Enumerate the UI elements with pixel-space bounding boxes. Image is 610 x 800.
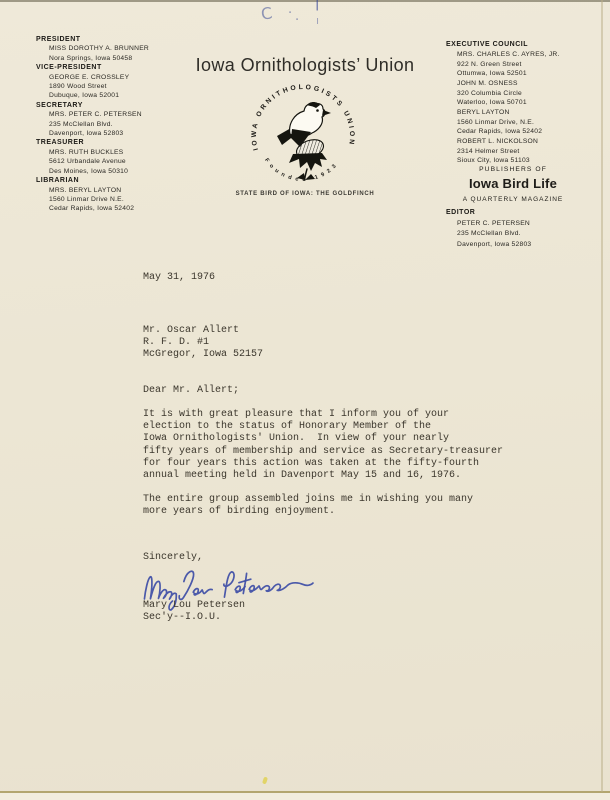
iou-seal-goldfinch-logo: IOWA ORNITHOLOGISTS UNION Founded 1923 [247, 79, 359, 191]
scan-edge-right [601, 0, 603, 792]
paper-fleck [262, 777, 268, 785]
typed-signature-block: Mary Lou Petersen Sec'y--I.O.U. [143, 600, 245, 624]
editor-title: EDITOR [446, 208, 531, 219]
pen-mark: | [315, 0, 319, 11]
council-title: EXECUTIVE COUNCIL [446, 40, 596, 49]
officer-title: LIBRARIAN [36, 176, 196, 185]
officer-title: SECRETARY [36, 101, 196, 110]
publishers-label: PUBLISHERS OF [447, 166, 579, 173]
goldfinch-on-thistle-illustration [277, 102, 331, 180]
publishers-block: PUBLISHERS OF Iowa Bird Life A QUARTERLY… [447, 166, 579, 203]
organization-title: Iowa Ornithologists’ Union [180, 55, 430, 76]
editor-address: PETER C. PETERSEN 235 McClellan Blvd. Da… [446, 219, 531, 251]
officer-group-vice-president: VICE-PRESIDENT GEORGE E. CROSSLEY 1890 W… [36, 63, 196, 101]
scan-edge-top [0, 0, 610, 2]
magazine-subtitle: A QUARTERLY MAGAZINE [447, 196, 579, 203]
officer-title: TREASURER [36, 138, 196, 147]
pen-mark: · [295, 13, 299, 28]
officer-address: GEORGE E. CROSSLEY 1890 Wood Street Dubu… [36, 73, 196, 101]
officer-group-treasurer: TREASURER MRS. RUTH BUCKLES 5612 Urbanda… [36, 138, 196, 176]
body-paragraph-2: The entire group assembled joins me in w… [143, 494, 473, 518]
officers-list: PRESIDENT MISS DOROTHY A. BRUNNER Nora S… [36, 35, 196, 214]
officer-address: MISS DOROTHY A. BRUNNER Nora Springs, Io… [36, 44, 196, 63]
officer-address: MRS. BERYL LAYTON 1560 Linmar Drive N.E.… [36, 186, 196, 214]
scan-edge-bottom-line [0, 791, 610, 793]
officer-group-librarian: LIBRARIAN MRS. BERYL LAYTON 1560 Linmar … [36, 176, 196, 214]
pen-mark: ı [316, 14, 319, 27]
magazine-title: Iowa Bird Life [447, 176, 579, 191]
letter-date: May 31, 1976 [143, 272, 215, 284]
executive-council-list: EXECUTIVE COUNCIL MRS. CHARLES C. AYRES,… [446, 40, 596, 165]
council-member: MRS. CHARLES C. AYRES, JR. 922 N. Green … [446, 50, 596, 78]
scanned-letter-page: C · · | ı PRESIDENT MISS DOROTHY A. BRUN… [0, 0, 610, 800]
officer-address: MRS. PETER C. PETERSEN 235 McClellan Blv… [36, 110, 196, 138]
officer-group-president: PRESIDENT MISS DOROTHY A. BRUNNER Nora S… [36, 35, 196, 63]
officer-address: MRS. RUTH BUCKLES 5612 Urbandale Avenue … [36, 148, 196, 176]
officer-group-secretary: SECRETARY MRS. PETER C. PETERSEN 235 McC… [36, 101, 196, 139]
officer-title: VICE-PRESIDENT [36, 63, 196, 72]
council-member: JOHN M. OSNESS 320 Columbia Circle Water… [446, 79, 596, 107]
salutation: Dear Mr. Allert; [143, 385, 239, 397]
council-member: ROBERT L. NICKOLSON 2314 Helmer Street S… [446, 137, 596, 165]
pen-mark: C [260, 3, 274, 23]
body-paragraph-1: It is with great pleasure that I inform … [143, 409, 503, 482]
officer-title: PRESIDENT [36, 35, 196, 44]
council-member: BERYL LAYTON 1560 Linmar Drive, N.E. Ced… [446, 108, 596, 136]
scan-edge-bottom-area [0, 793, 610, 800]
state-bird-tagline: STATE BIRD OF IOWA: THE GOLDFINCH [189, 191, 421, 197]
editor-block: EDITOR PETER C. PETERSEN 235 McClellan B… [446, 208, 531, 250]
pen-mark: · [288, 6, 292, 21]
recipient-address: Mr. Oscar Allert R. F. D. #1 McGregor, I… [143, 325, 263, 362]
